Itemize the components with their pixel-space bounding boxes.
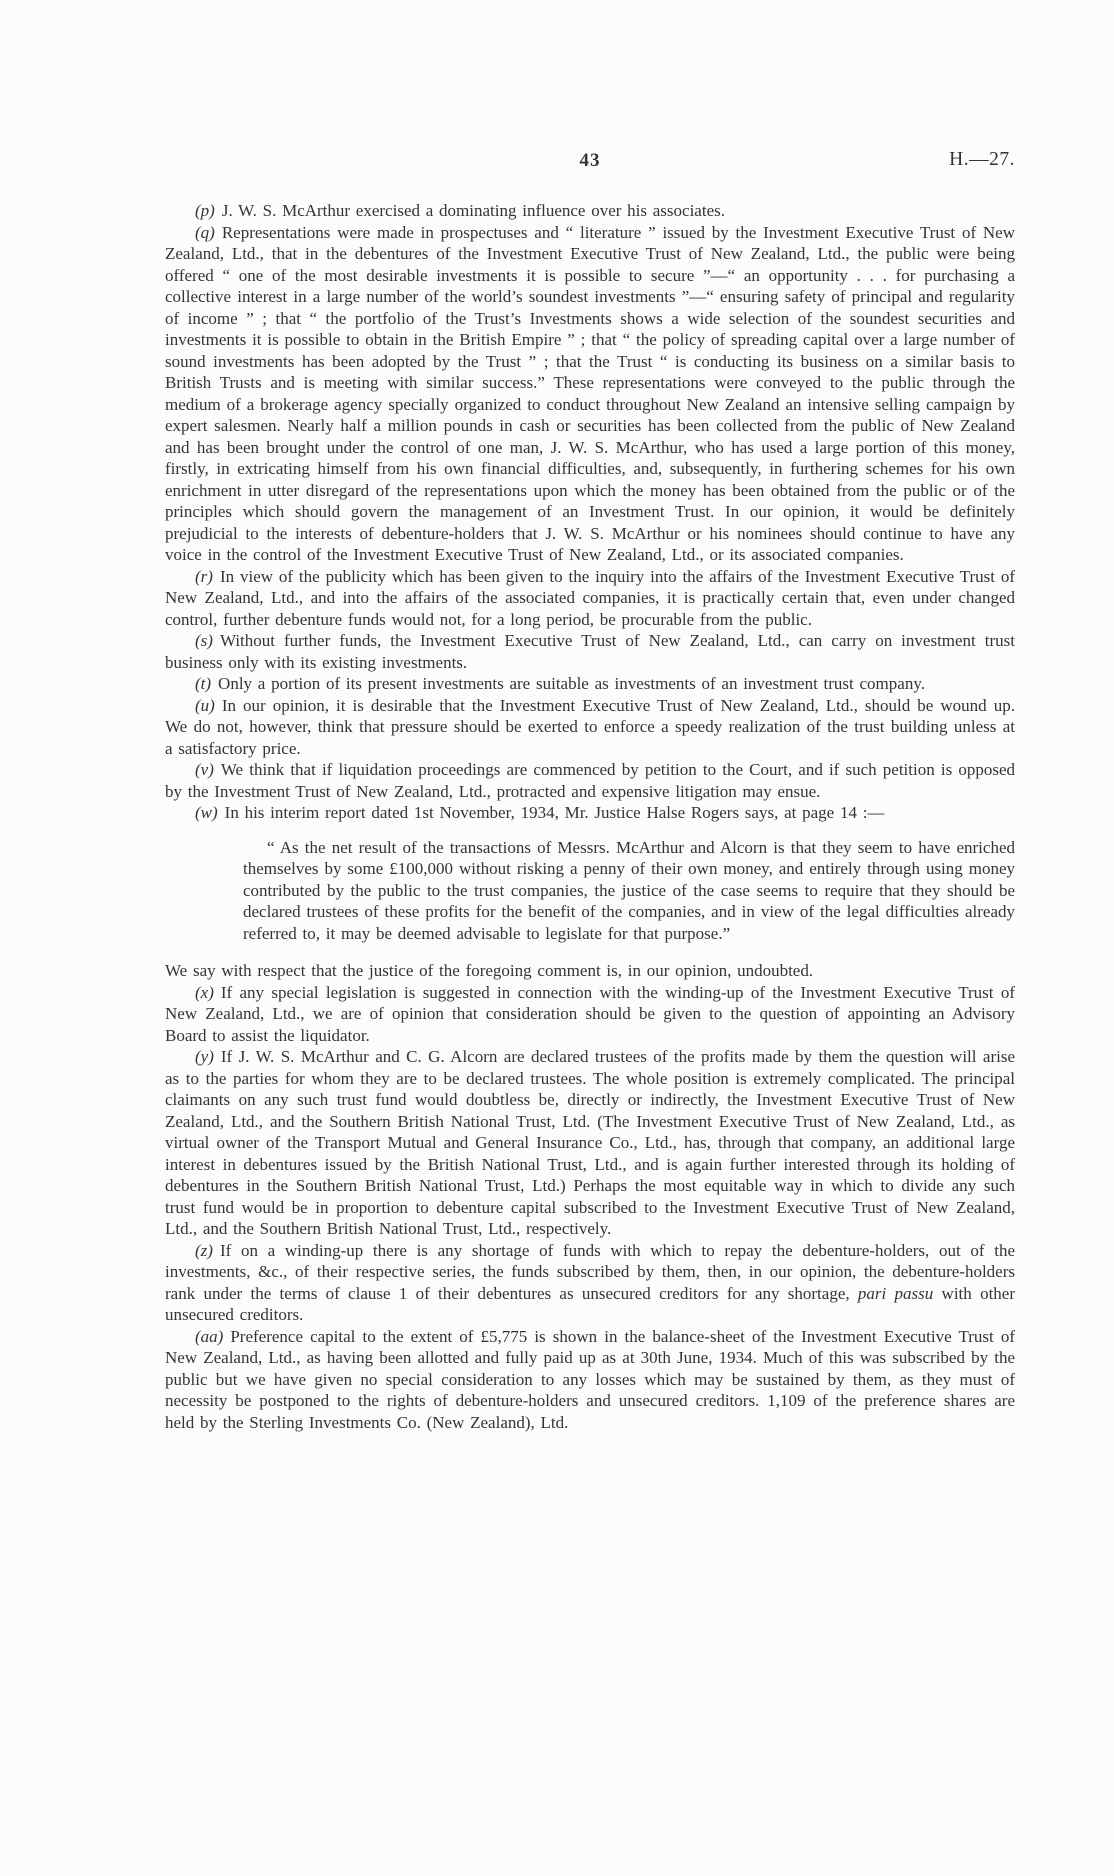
paragraph-label: (u): [195, 696, 222, 715]
page-number: 43: [165, 150, 1015, 172]
blockquote-halse-rogers: “ As the net result of the transactions …: [243, 837, 1015, 945]
paragraph-u: (u)In our opinion, it is desirable that …: [165, 695, 1015, 760]
paragraph-text: If any special legislation is suggested …: [165, 983, 1015, 1045]
paragraph-y: (y)If J. W. S. McArthur and C. G. Alcorn…: [165, 1046, 1015, 1240]
paragraph-label: (v): [195, 760, 221, 779]
paragraph-v: (v)We think that if liquidation proceedi…: [165, 759, 1015, 802]
paragraph-label: (y): [195, 1047, 221, 1066]
paragraph-text: We think that if liquidation proceedings…: [165, 760, 1015, 801]
paragraph-r: (r)In view of the publicity which has be…: [165, 566, 1015, 631]
paragraph-t: (t)Only a portion of its present investm…: [165, 673, 1015, 695]
paragraph-z: (z)If on a winding-up there is any short…: [165, 1240, 1015, 1326]
doc-reference: H.—27.: [949, 149, 1015, 171]
paragraph-x: (x)If any special legislation is suggest…: [165, 982, 1015, 1047]
paragraph-text: If J. W. S. McArthur and C. G. Alcorn ar…: [165, 1047, 1015, 1238]
paragraph-text: J. W. S. McArthur exercised a dominating…: [222, 201, 725, 220]
paragraph-w: (w)In his interim report dated 1st Novem…: [165, 802, 1015, 824]
paragraph-text: Representations were made in prospectuse…: [165, 223, 1015, 565]
latin-phrase: pari passu: [858, 1284, 933, 1303]
paragraph-q: (q)Representations were made in prospect…: [165, 222, 1015, 566]
paragraph-s: (s)Without further funds, the Investment…: [165, 630, 1015, 673]
paragraph-text: Only a portion of its present investment…: [218, 674, 925, 693]
paragraph-label: (z): [195, 1241, 220, 1260]
paragraph-label: (aa): [195, 1327, 230, 1346]
paragraph-label: (q): [195, 223, 222, 242]
paragraph-p: (p)J. W. S. McArthur exercised a dominat…: [165, 200, 1015, 222]
paragraph-text: We say with respect that the justice of …: [165, 961, 813, 980]
report-body: (p)J. W. S. McArthur exercised a dominat…: [165, 200, 1015, 1433]
paragraph-label: (x): [195, 983, 221, 1002]
paragraph-text: Preference capital to the extent of £5,7…: [165, 1327, 1015, 1432]
document-page: 43 H.—27. (p)J. W. S. McArthur exercised…: [0, 0, 1114, 1876]
paragraph-text: In his interim report dated 1st November…: [225, 803, 885, 822]
paragraph-label: (r): [195, 567, 220, 586]
paragraph-text: Without further funds, the Investment Ex…: [165, 631, 1015, 672]
paragraph-text: In our opinion, it is desirable that the…: [165, 696, 1015, 758]
paragraph-text: In view of the publicity which has been …: [165, 567, 1015, 629]
paragraph-comment: We say with respect that the justice of …: [165, 960, 1015, 982]
paragraph-label: (w): [195, 803, 225, 822]
paragraph-label: (s): [195, 631, 220, 650]
paragraph-aa: (aa)Preference capital to the extent of …: [165, 1326, 1015, 1434]
paragraph-label: (p): [195, 201, 222, 220]
paragraph-label: (t): [195, 674, 218, 693]
